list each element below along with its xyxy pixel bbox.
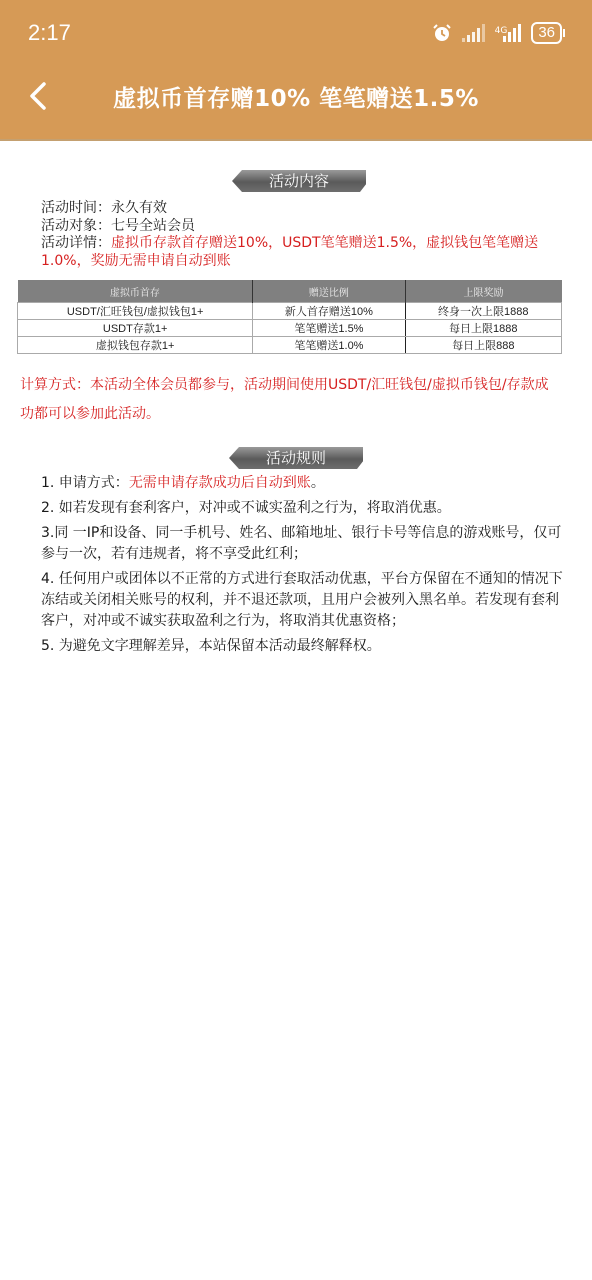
signal-4g-icon: 4G [495,24,522,42]
table-row: 虚拟钱包存款1+ 笔笔赠送1.0% 每日上限888 [18,337,562,354]
status-icons: 4G 36 [432,22,562,44]
table-header: 赠送比例 [253,280,405,303]
table-header: 上限奖励 [405,280,561,303]
battery-icon: 36 [531,22,562,44]
rule-item: 1. 申请方式：无需申请存款成功后自动到账。 [41,473,566,494]
battery-level: 36 [538,24,555,41]
table-cell: USDT/汇旺钱包/虚拟钱包1+ [18,303,253,320]
table-cell: 新人首存赠送10% [253,303,405,320]
page-title: 虚拟币首存赠10% 笔笔赠送1.5% [0,80,592,113]
calculation-method: 计算方式：本活动全体会员都参与，活动期间使用USDT/汇旺钱包/虚拟币钱包/存款… [20,371,560,429]
table-header: 虚拟币首存 [18,280,253,303]
table-cell: 每日上限1888 [405,320,561,337]
app-header: 2:17 4G 36 虚拟币首存赠10% 笔笔赠送1.5% [0,0,592,141]
table-cell: 笔笔赠送1.5% [253,320,405,337]
activity-detail: 活动详情：虚拟币存款首存赠送10%，USDT笔笔赠送1.5%，虚拟钱包笔笔赠送1… [41,235,571,270]
bonus-table: 虚拟币首存 赠送比例 上限奖励 USDT/汇旺钱包/虚拟钱包1+ 新人首存赠送1… [17,280,562,354]
section-ribbon-rules: 活动规则 [229,447,363,469]
activity-target: 活动对象：七号全站会员 [41,218,571,236]
table-cell: 笔笔赠送1.0% [253,337,405,354]
rule-item: 4. 任何用户或团体以不正常的方式进行套取活动优惠，平台方保留在不通知的情况下冻… [41,569,566,632]
alarm-icon [432,23,452,43]
nav-bar: 虚拟币首存赠10% 笔笔赠送1.5% [0,68,592,124]
table-cell: 每日上限888 [405,337,561,354]
status-bar: 2:17 4G 36 [0,0,592,68]
table-row: USDT/汇旺钱包/虚拟钱包1+ 新人首存赠送10% 终身一次上限1888 [18,303,562,320]
rule-item: 3.同 一IP和设备、同一手机号、姓名、邮箱地址、银行卡号等信息的游戏账号，仅可… [41,523,566,565]
signal-icon [462,24,485,42]
rule-item: 5. 为避免文字理解差异，本站保留本活动最终解释权。 [41,636,566,657]
section-ribbon-content: 活动内容 [232,170,366,192]
table-cell: 终身一次上限1888 [405,303,561,320]
table-header-row: 虚拟币首存 赠送比例 上限奖励 [18,280,562,303]
rule-item: 2. 如若发现有套利客户，对冲或不诚实盈利之行为，将取消优惠。 [41,498,566,519]
status-time: 2:17 [28,20,71,46]
rules-list: 1. 申请方式：无需申请存款成功后自动到账。 2. 如若发现有套利客户，对冲或不… [41,473,566,661]
activity-time: 活动时间：永久有效 [41,200,571,218]
table-cell: USDT存款1+ [18,320,253,337]
table-cell: 虚拟钱包存款1+ [18,337,253,354]
table-row: USDT存款1+ 笔笔赠送1.5% 每日上限1888 [18,320,562,337]
activity-info: 活动时间：永久有效 活动对象：七号全站会员 活动详情：虚拟币存款首存赠送10%，… [41,200,571,270]
